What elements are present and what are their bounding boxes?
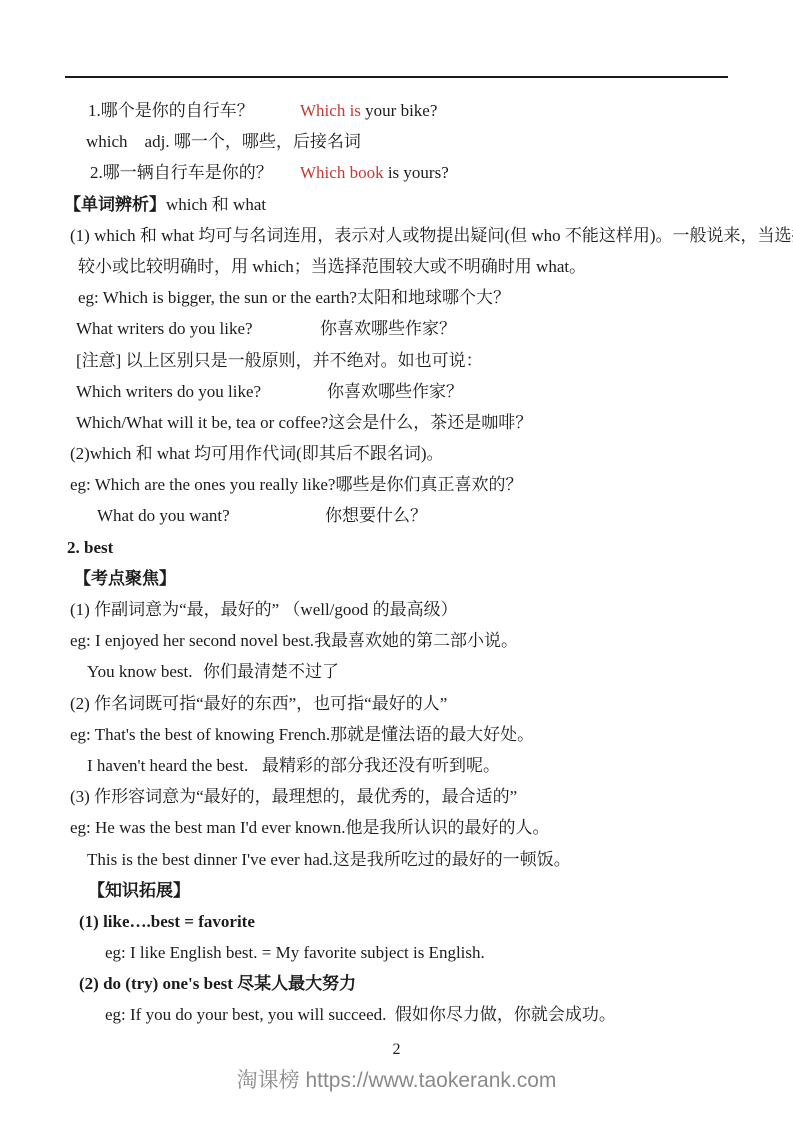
- text-line: 较小或比较明确时，用 which；当选择范围较大或不明确时用 what。: [0, 251, 793, 282]
- text-line: Which/What will it be, tea or coffee?这会是…: [0, 407, 793, 438]
- text-line: eg: That's the best of knowing French.那就…: [0, 719, 793, 750]
- text-segment: eg: That's the best of knowing French.: [70, 719, 330, 750]
- text-segment: 最精彩的部分我还没有听到呢。: [262, 756, 500, 775]
- text-line: (1) which 和 what 均可与名词连用，表示对人或物提出疑问(但 wh…: [0, 220, 793, 251]
- text-line: eg: I enjoyed her second novel best.我最喜欢…: [0, 625, 793, 656]
- text-segment: [注意] 以上区别只是一般原则，并不绝对。如也可说：: [76, 351, 483, 370]
- text-line: What writers do you like?你喜欢哪些作家？: [0, 313, 793, 344]
- text-segment: (3) 作形容词意为“最好的，最理想的，最优秀的，最合适的”: [70, 787, 517, 806]
- text-line: (2)which 和 what 均可用作代词(即其后不跟名词)。: [0, 438, 793, 469]
- text-segment: 【考点聚焦】: [74, 569, 176, 588]
- text-segment: eg: I like English best. = My favorite s…: [105, 943, 485, 962]
- text-segment: 那就是懂法语的最大好处。: [330, 725, 534, 744]
- text-segment: What do you want?: [97, 500, 325, 531]
- text-line: This is the best dinner I've ever had.这是…: [0, 844, 793, 875]
- page-number: 2: [0, 1038, 793, 1062]
- text-segment: eg: Which is bigger, the sun or the eart…: [78, 282, 357, 313]
- text-line: eg: He was the best man I'd ever known.他…: [0, 812, 793, 843]
- text-segment: 这会是什么，茶还是咖啡？: [328, 413, 532, 432]
- text-line: (1) 作副词意为“最，最好的” （well/good 的最高级）: [0, 594, 793, 625]
- text-segment: (2) 作名词既可指“最好的东西”，也可指“最好的人”: [70, 694, 447, 713]
- text-segment: (1) 作副词意为“最，最好的” （well/good 的最高级）: [70, 600, 458, 619]
- text-segment: 这是我所吃过的最好的一顿饭。: [333, 850, 571, 869]
- text-segment: 你喜欢哪些作家？: [327, 382, 463, 401]
- text-line: eg: Which is bigger, the sun or the eart…: [0, 282, 793, 313]
- text-segment: 他是我所认识的最好的人。: [345, 818, 549, 837]
- text-segment: 太阳和地球哪个大？: [357, 288, 510, 307]
- text-line: (2) 作名词既可指“最好的东西”，也可指“最好的人”: [0, 688, 793, 719]
- document-lines: 1.哪个是你的自行车？Which is your bike?which adj.…: [0, 95, 793, 1031]
- text-line: 2. best: [0, 532, 793, 563]
- text-segment: What writers do you like?: [76, 313, 320, 344]
- text-segment: I haven't heard the best.: [87, 750, 262, 781]
- text-segment: (1) like….best = favorite: [79, 912, 255, 931]
- text-segment: which adj. 哪一个，哪些，后接名词: [86, 132, 361, 151]
- text-line: eg: If you do your best, you will succee…: [0, 999, 793, 1030]
- text-segment: 2. best: [67, 538, 113, 557]
- text-segment: You know best.: [87, 656, 203, 687]
- footer-watermark: 淘课榜 https://www.taokerank.com: [0, 1066, 793, 1096]
- text-segment: eg: If you do your best, you will succee…: [105, 1005, 616, 1024]
- text-segment: This is the best dinner I've ever had.: [87, 844, 333, 875]
- text-segment: which 和 what: [166, 195, 266, 214]
- text-line: What do you want?你想要什么？: [0, 500, 793, 531]
- highlighted-answer-text: Which is: [300, 101, 361, 120]
- text-segment: Which writers do you like?: [76, 376, 327, 407]
- text-segment: eg: I enjoyed her second novel best.: [70, 625, 314, 656]
- text-segment: eg: Which are the ones you really like?: [70, 469, 335, 500]
- text-segment: (1) which 和 what 均可与名词连用，表示对人或物提出疑问(但 wh…: [70, 226, 793, 245]
- text-segment: 1.哪个是你的自行车？: [88, 95, 300, 126]
- text-segment: 你想要什么？: [325, 506, 427, 525]
- text-line: I haven't heard the best.最精彩的部分我还没有听到呢。: [0, 750, 793, 781]
- text-segment: 你喜欢哪些作家？: [320, 319, 456, 338]
- text-line: 【考点聚焦】: [0, 563, 793, 594]
- text-line: 1.哪个是你的自行车？Which is your bike?: [0, 95, 793, 126]
- text-line: (1) like….best = favorite: [0, 906, 793, 937]
- highlighted-answer-text: Which book: [300, 163, 384, 182]
- text-segment: eg: He was the best man I'd ever known.: [70, 812, 345, 843]
- text-line: eg: I like English best. = My favorite s…: [0, 937, 793, 968]
- text-segment: Which/What will it be, tea or coffee?: [76, 407, 328, 438]
- text-line: eg: Which are the ones you really like?哪…: [0, 469, 793, 500]
- text-line: which adj. 哪一个，哪些，后接名词: [0, 126, 793, 157]
- text-line: Which writers do you like?你喜欢哪些作家？: [0, 376, 793, 407]
- text-segment: (2) do (try) one's best 尽某人最大努力: [79, 974, 356, 993]
- text-segment: is yours?: [384, 163, 449, 182]
- text-segment: 你们最清楚不过了: [203, 662, 339, 681]
- text-segment: (2)which 和 what 均可用作代词(即其后不跟名词)。: [70, 444, 444, 463]
- text-line: 【知识拓展】: [0, 875, 793, 906]
- document-page: 1.哪个是你的自行车？Which is your bike?which adj.…: [0, 0, 793, 1122]
- header-rule: [65, 76, 728, 78]
- text-segment: 【知识拓展】: [88, 881, 190, 900]
- text-segment: 2.哪一辆自行车是你的？: [90, 157, 300, 188]
- text-segment: 哪些是你们真正喜欢的？: [335, 475, 522, 494]
- text-line: You know best.你们最清楚不过了: [0, 656, 793, 687]
- text-segment: 较小或比较明确时，用 which；当选择范围较大或不明确时用 what。: [78, 257, 586, 276]
- text-line: (2) do (try) one's best 尽某人最大努力: [0, 968, 793, 999]
- text-line: 【单词辨析】which 和 what: [0, 189, 793, 220]
- text-line: (3) 作形容词意为“最好的，最理想的，最优秀的，最合适的”: [0, 781, 793, 812]
- text-segment: your bike?: [361, 101, 437, 120]
- text-segment: 【单词辨析】: [64, 195, 166, 214]
- text-line: [注意] 以上区别只是一般原则，并不绝对。如也可说：: [0, 345, 793, 376]
- text-line: 2.哪一辆自行车是你的？Which book is yours?: [0, 157, 793, 188]
- text-segment: 我最喜欢她的第二部小说。: [314, 631, 518, 650]
